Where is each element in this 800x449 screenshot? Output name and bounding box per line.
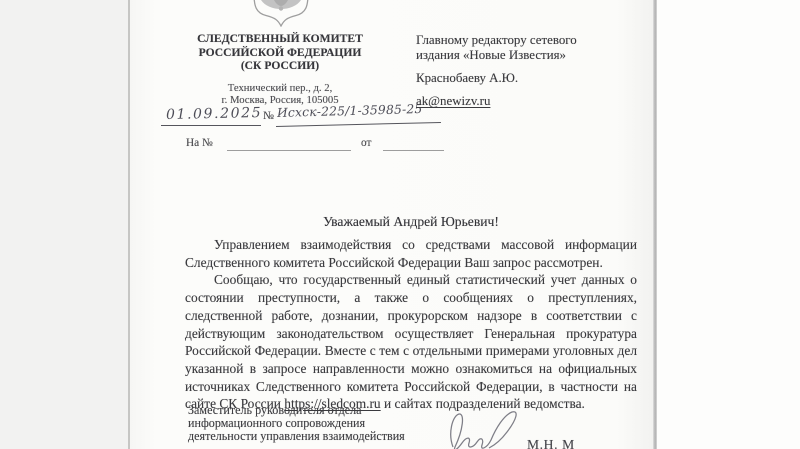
salutation: Уважаемый Андрей Юрьевич!: [185, 214, 637, 230]
letterhead-org-name: СЛЕДСТВЕННЫЙ КОМИТЕТ РОССИЙСКОЙ ФЕДЕРАЦИ…: [168, 32, 392, 73]
reply-to-label: На №: [186, 137, 213, 149]
reply-number-blank-line: [227, 150, 351, 151]
date-underline: [161, 125, 261, 126]
reply-from-label: от: [361, 137, 371, 149]
signer-title-block: Заместитель руководителя отдела информац…: [188, 404, 458, 444]
addressee-email-link[interactable]: ak@newizv.ru: [416, 94, 611, 109]
org-name-line2: РОССИЙСКОЙ ФЕДЕРАЦИИ: [168, 46, 392, 60]
handwritten-date: 01.09.2025: [166, 105, 262, 123]
background-left-strip: [0, 0, 128, 449]
scanned-letter-screenshot: СЛЕДСТВЕННЫЙ КОМИТЕТ РОССИЙСКОЙ ФЕДЕРАЦИ…: [0, 0, 800, 449]
addressee-name: Краснобаеву А.Ю.: [416, 71, 611, 86]
double-headed-eagle-shield-icon: [250, 0, 312, 27]
addressee-line1: Главному редактору сетевого: [416, 33, 611, 48]
letter-body: Управлением взаимодействия со средствами…: [185, 236, 637, 413]
addressee-line2: издания «Новые Известия»: [416, 48, 611, 63]
body-paragraph-2-text: Сообщаю, что государственный единый стат…: [185, 272, 637, 411]
signer-initials: М.Н. М: [527, 437, 575, 449]
number-sign: №: [263, 110, 274, 122]
reply-date-blank-line: [383, 150, 444, 151]
addressee-block: Главному редактору сетевого издания «Нов…: [416, 33, 611, 109]
signer-title-line3: деятельности управления взаимодействия: [188, 430, 458, 443]
body-paragraph-1: Управлением взаимодействия со средствами…: [185, 236, 637, 271]
org-name-line3: (СК РОССИИ): [168, 59, 392, 73]
org-name-line1: СЛЕДСТВЕННЫЙ КОМИТЕТ: [168, 32, 392, 46]
body-paragraph-2: Сообщаю, что государственный единый стат…: [185, 271, 637, 413]
handwritten-signature-icon: [444, 406, 536, 449]
background-right-strip: [657, 0, 800, 449]
